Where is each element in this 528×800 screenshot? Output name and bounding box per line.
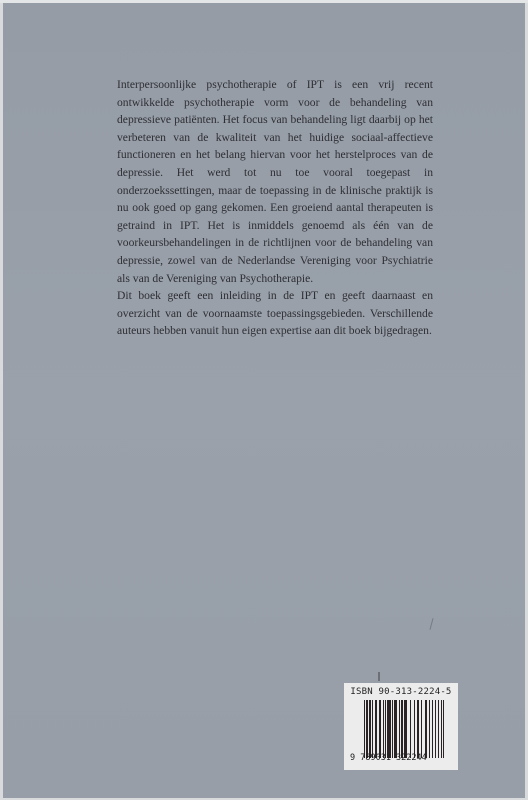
blurb-paragraph-1: Interpersoonlijke psychotherapie of IPT … — [117, 76, 433, 287]
blurb-paragraph-2: Dit boek geeft een inleiding in de IPT e… — [117, 287, 433, 340]
barcode-bars-icon — [364, 700, 452, 758]
back-cover-blurb: Interpersoonlijke psychotherapie of IPT … — [117, 76, 433, 340]
isbn-label: ISBN 90-313-2224-5 — [350, 687, 452, 697]
isbn-barcode: ISBN 90-313-2224-5 9 789031 322244 — [344, 683, 458, 770]
crop-mark — [378, 672, 380, 681]
